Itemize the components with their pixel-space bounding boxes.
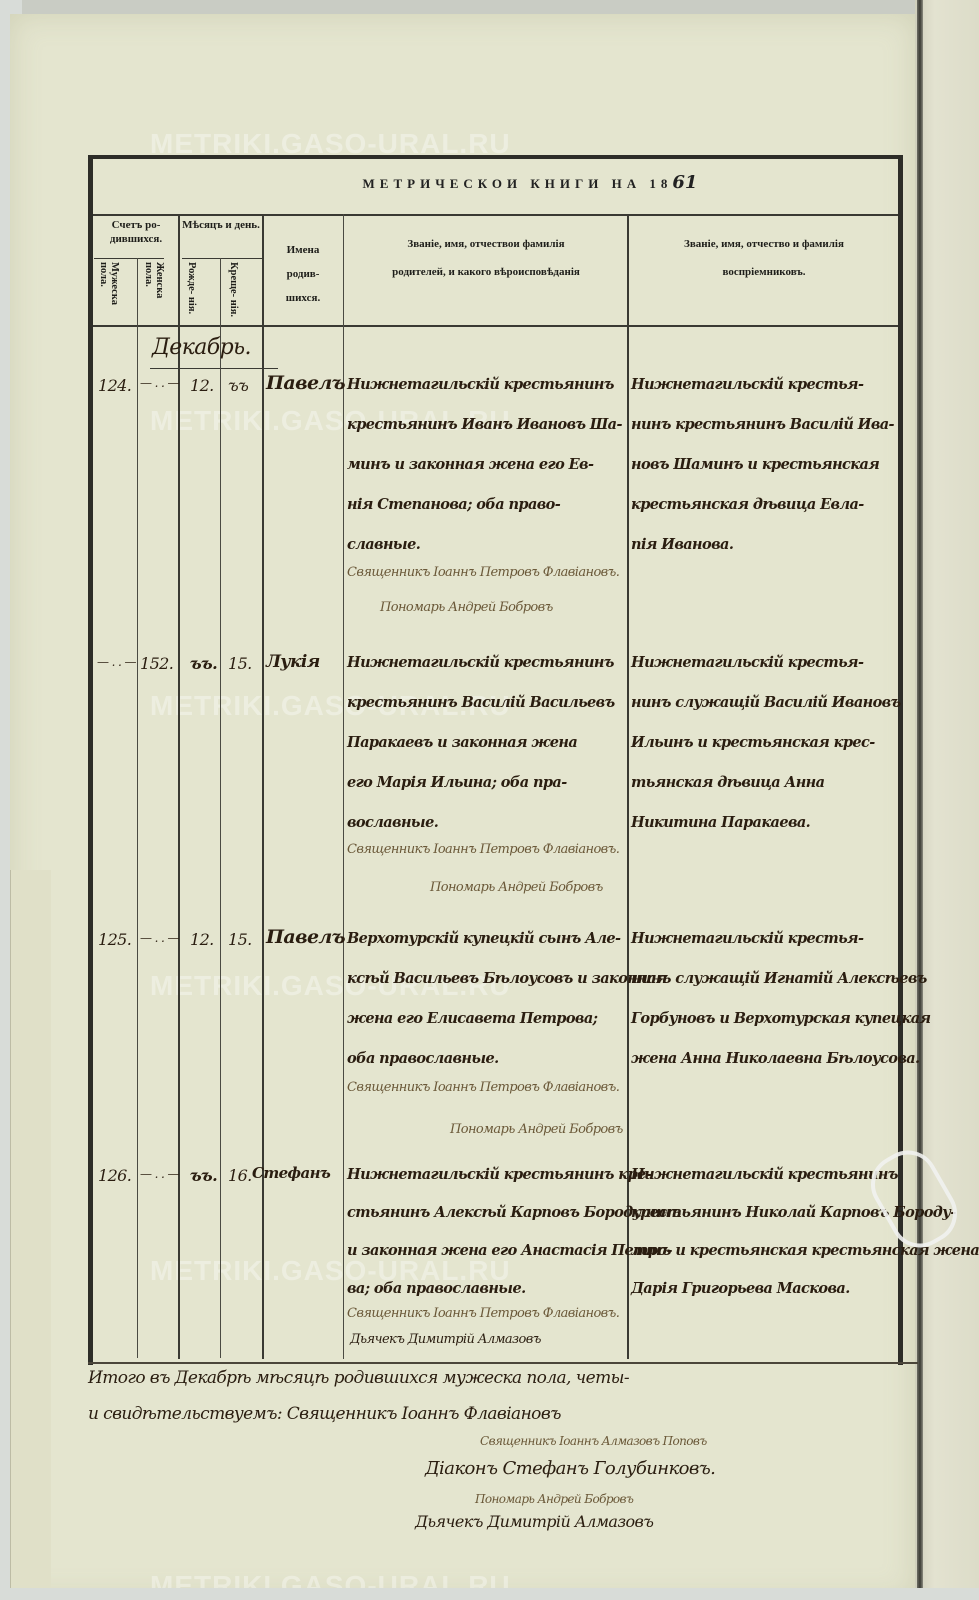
child-name: Павелъ (266, 372, 345, 394)
col-divider-male-female (137, 258, 138, 1358)
deacon-signature: Діаконъ Стефанъ Голубинковъ. (425, 1458, 715, 1479)
parents-line: минъ и законная жена его Ев- (347, 456, 593, 473)
priest-signature: Священникъ Іоаннъ Петровъ Флавіановъ. (347, 565, 619, 580)
adjacent-page-edge (915, 0, 979, 1600)
header-date: Мѣсяцъ и день. (180, 219, 262, 233)
child-name: Лукія (266, 652, 320, 672)
female-number: — . . — (140, 931, 179, 945)
male-number: 124. (98, 376, 131, 395)
male-number: 125. (98, 930, 131, 949)
parents-line: Паракаевъ и законная жена (347, 734, 577, 751)
summary-line-3: Священникъ Іоаннъ Алмазовъ Поповъ (480, 1434, 707, 1448)
header-date-birth: Рожде- нія. (186, 262, 197, 324)
priest-signature: Священникъ Іоаннъ Петровъ Флавіановъ. (347, 842, 619, 857)
count-subheader-rule (94, 258, 164, 259)
col-divider-date-names (262, 214, 264, 1359)
header-top-rule (93, 214, 898, 216)
parents-line: ва; оба православные. (347, 1280, 526, 1297)
scan-bottom-edge (0, 1588, 979, 1600)
parents-line: оба православные. (347, 1050, 499, 1067)
parents-line: его Марія Ильина; оба пра- (347, 774, 567, 791)
priest-signature: Священникъ Іоаннъ Петровъ Флавіановъ. (347, 1080, 619, 1095)
binding-spine (917, 0, 923, 1600)
header-godparents-line1: Званіе, имя, отчество и фамилія (630, 238, 898, 252)
godparents-line: Горбуновъ и Верхотурская купецкая (631, 1010, 930, 1027)
frame-top-rule (88, 155, 903, 159)
parents-line: Нижнетагильскій крестьянинъ кре- (347, 1166, 651, 1183)
parents-line: Нижнетагильскій крестьянинъ (347, 654, 614, 671)
clerk-signature: Пономарь Андрей Бобровъ (430, 880, 603, 895)
header-parents-line1: Званіе, имя, отчествои фамилія (345, 238, 627, 252)
male-number: 126. (98, 1166, 131, 1185)
header-parents: Званіе, имя, отчествои фамилія родителей… (345, 238, 627, 280)
godparents-line: нинъ служащій Игнатій Алексѣевъ (631, 970, 927, 987)
birth-day: ъъ. (190, 1166, 217, 1185)
parents-line: славные. (347, 536, 420, 553)
parents-line: жена его Елисавета Петрова; (347, 1010, 597, 1027)
parents-line: нія Степанова; оба право- (347, 496, 560, 513)
priest-signature: Священникъ Іоаннъ Петровъ Флавіановъ. (347, 1306, 619, 1321)
godparents-line: Нижнетагильскій крестья- (631, 930, 863, 947)
header-godparents: Званіе, имя, отчество и фамилія воспріем… (630, 238, 898, 280)
title-printed: МЕТРИЧЕСКОИ КНИГИ НА 18 (363, 176, 673, 191)
ponomar-signature: Пономарь Андрей Бобровъ (475, 1492, 633, 1506)
frame-left-rule (88, 155, 93, 1365)
male-number: — . . — (97, 655, 136, 669)
parents-line: вославные. (347, 814, 438, 831)
godparents-line: Дарія Григорьева Маскова. (631, 1280, 850, 1297)
summary-line-1: Итого въ Декабрѣ мѣсяцѣ родившихся мужес… (88, 1368, 629, 1388)
godparents-line: жена Анна Николаевна Бѣлоусова. (631, 1050, 920, 1067)
parents-line: Нижнетагильскій крестьянинъ (347, 376, 614, 393)
baptism-day: 16. (228, 1166, 252, 1185)
date-subheader-rule (182, 258, 262, 259)
child-name: Павелъ (266, 926, 345, 948)
baptism-day: ъъ (228, 376, 248, 395)
header-count: Счетъ ро- дившихся. (94, 219, 178, 247)
parents-line: крестьянинъ Василій Васильевъ (347, 694, 615, 711)
birth-day: 12. (190, 376, 214, 395)
header-godparents-line2: воспріемниковъ. (630, 266, 898, 280)
child-name: Стефанъ (252, 1164, 330, 1182)
godparents-line: пія Иванова. (631, 536, 733, 553)
godparents-line: Нижнетагильскій крестья- (631, 654, 863, 671)
parents-line: Верхотурскій купецкій сынъ Але- (347, 930, 620, 947)
header-parents-line2: родителей, и какого вѣроисповѣданія (345, 266, 627, 280)
col-divider-parents-godparents (627, 214, 629, 1359)
female-number: 152. (140, 654, 173, 673)
month-underline (150, 368, 278, 369)
title-year-handwritten: 61 (672, 172, 697, 193)
header-count-female: Женска пола. (143, 262, 165, 324)
register-title: МЕТРИЧЕСКОИ КНИГИ НА 1861 (300, 172, 760, 193)
header-names: Имена родив- шихся. (270, 238, 336, 311)
godparents-line: тьянская дѣвица Анна (631, 774, 824, 791)
birth-day: ъъ. (190, 654, 217, 673)
parents-line: и законная жена его Анастасія Петро- (347, 1242, 672, 1259)
summary-rule (88, 1362, 918, 1364)
godparents-line: Ильинъ и крестьянская крес- (631, 734, 875, 751)
clerk-signature: Дьячекъ Димитрій Алмазовъ (350, 1332, 541, 1347)
birth-day: 12. (190, 930, 214, 949)
female-number: — . . — (140, 1167, 179, 1181)
baptism-day: 15. (228, 930, 252, 949)
clerk-signature: Пономарь Андрей Бобровъ (380, 600, 553, 615)
female-number: — . . — (140, 376, 179, 390)
godparents-line: Никитина Паракаева. (631, 814, 810, 831)
header-date-baptism: Креще- нія. (228, 262, 239, 324)
parents-line: крестьянинъ Иванъ Ивановъ Ша- (347, 416, 622, 433)
godparents-line: Нижнетагильскій крестья- (631, 376, 863, 393)
summary-line-2: и свидѣтельствуемъ: Священникъ Іоаннъ Фл… (88, 1404, 561, 1424)
godparents-line: нинъ служащій Василій Ивановъ (631, 694, 901, 711)
header-bottom-rule (93, 325, 898, 327)
godparents-line: новъ Шаминъ и крестьянская (631, 456, 879, 473)
month-heading: Декабрь. (152, 335, 251, 360)
torn-page-edge (10, 870, 51, 1600)
dyachok-signature: Дьячекъ Димитрій Алмазовъ (415, 1512, 653, 1531)
godparents-line: нинъ крестьянинъ Василій Ива- (631, 416, 894, 433)
parents-line: ксѣй Васильевъ Бѣлоусовъ и законная (347, 970, 667, 987)
godparents-line: крестьянская дѣвица Евла- (631, 496, 864, 513)
header-count-male: Мужеска пола. (98, 262, 120, 324)
col-divider-birth-baptism (220, 258, 221, 1358)
baptism-day: 15. (228, 654, 252, 673)
clerk-signature: Пономарь Андрей Бобровъ (450, 1122, 623, 1137)
godparents-line: Нижнетагильскій крестьянинъ (631, 1166, 898, 1183)
